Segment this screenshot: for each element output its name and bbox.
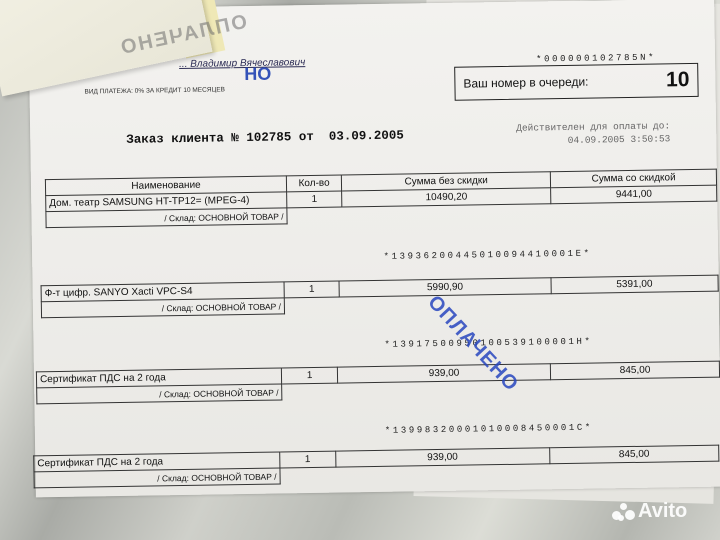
partial-stamp: НО <box>244 64 271 85</box>
queue-label: Ваш номер в очереди: <box>463 75 588 91</box>
col-qty-header: Кол-во <box>286 175 341 192</box>
item-warehouse: / Склад: ОСНОВНОЙ ТОВАР / <box>41 298 284 318</box>
avito-logo-icon <box>612 502 634 522</box>
item-warehouse: / Склад: ОСНОВНОЙ ТОВАР / <box>34 468 280 488</box>
payment-type: ВИД ПЛАТЕЖА: 0% ЗА КРЕДИТ 10 МЕСЯЦЕВ <box>84 86 225 95</box>
item-barcode: *13998320001010008450001C* <box>358 390 619 440</box>
item-warehouse: / Склад: ОСНОВНОЙ ТОВАР / <box>46 208 287 228</box>
item-warehouse: / Склад: ОСНОВНОЙ ТОВАР / <box>37 384 283 404</box>
item-qty: 1 <box>287 191 342 208</box>
barcode-bars <box>358 390 618 425</box>
item-qty: 1 <box>282 367 338 384</box>
customer-name: ... Владимир Вячеславович <box>179 57 305 70</box>
item-qty: 1 <box>280 451 336 468</box>
item-barcode: *13936200445010094410001E* <box>360 216 616 266</box>
item-qty: 1 <box>284 281 339 298</box>
valid-until: Действителен для оплаты до: 04.09.2005 3… <box>490 119 670 148</box>
item-barcode <box>358 474 623 498</box>
queue-number: 10 <box>666 68 690 92</box>
barcode-bars <box>520 21 670 53</box>
order-title: Заказ клиента № 102785 от 03.09.2005 <box>126 129 404 147</box>
barcode-bars <box>358 474 623 496</box>
barcode-bars <box>359 304 617 339</box>
order-receipt-paper: ... Владимир Вячеславович НО ВИД ПЛАТЕЖА… <box>28 0 720 497</box>
queue-number-box: Ваш номер в очереди: 10 <box>454 63 699 101</box>
order-barcode: *000000102785N* <box>520 21 671 67</box>
barcode-bars <box>360 216 615 251</box>
avito-watermark: Avito <box>612 500 687 523</box>
avito-brand-text: Avito <box>638 500 687 523</box>
